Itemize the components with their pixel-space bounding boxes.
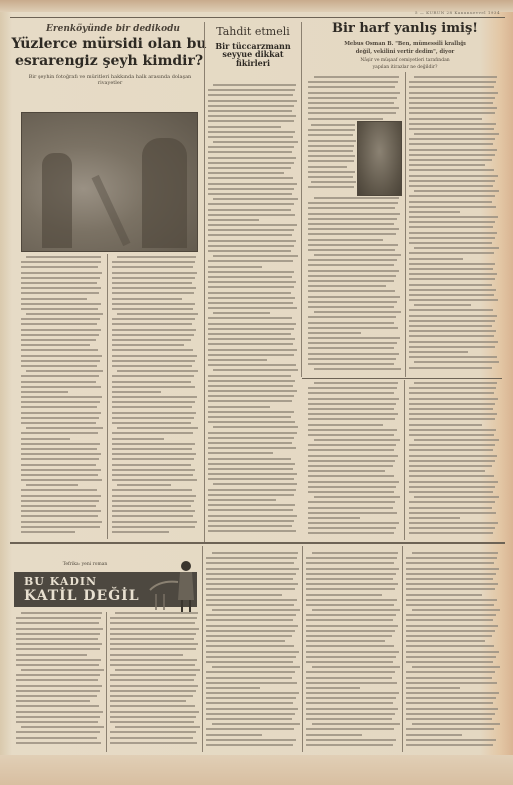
main-article-column-2 — [112, 256, 198, 540]
kadin-small-caption: Tefrika: yeni roman — [30, 562, 140, 567]
harf-subhead-line3: Nâşir ve müşaaf cemiyetleri tarafından — [305, 58, 505, 63]
continued-article-text — [409, 382, 499, 540]
continued-article-text — [308, 382, 400, 540]
tahdit-article-text — [208, 84, 298, 539]
main-headline-line2: esrarengiz şeyh kimdir? — [10, 54, 208, 69]
column-divider — [202, 546, 203, 752]
bottom-article-text — [406, 552, 500, 752]
harf-article-text — [308, 124, 356, 194]
harf-article-text — [409, 76, 499, 376]
main-kicker: Erenköyünde bir dedikodu — [18, 24, 208, 34]
harf-subhead-line2: değil, vekilini vertir dedim", diyor — [305, 49, 505, 55]
column-divider — [106, 612, 107, 752]
main-headline-line1: Yüzlerce mürsidi olan bu — [10, 37, 208, 52]
bottom-article-text — [306, 552, 400, 752]
serial-text — [110, 612, 200, 752]
harf-subhead-line4: yapılan itirazlar ne değildir? — [305, 65, 505, 70]
column-divider — [301, 22, 302, 377]
tahdit-headline: Bir tüccarzmann seyyue dikkat fikirleri — [209, 42, 297, 67]
serial-text — [16, 612, 104, 752]
column-divider — [204, 22, 205, 542]
column-divider — [402, 546, 403, 752]
illustration-figure-icon — [142, 560, 202, 615]
column-divider — [404, 380, 405, 540]
kadin-banner: BU KADIN KATİL DEĞİL — [14, 572, 197, 607]
section-rule — [10, 542, 505, 544]
newspaper-page: 5 — KURUN 28 Kanunuevvel 1934 Erenköyünd… — [0, 0, 513, 785]
harf-article-text — [308, 197, 401, 377]
page-folio: 5 — KURUN 28 Kanunuevvel 1934 — [340, 10, 500, 15]
column-divider — [107, 254, 108, 539]
harf-headline: Bir harf yanlış imiş! — [305, 22, 505, 36]
kadin-banner-line2: KATİL DEĞİL — [24, 588, 140, 604]
kadin-banner-line1: BU KADIN — [24, 575, 97, 588]
harf-article-text — [308, 76, 401, 124]
portrait-photo — [357, 121, 402, 196]
section-rule — [302, 378, 502, 379]
harf-subhead-line1: Mebus Osman B. "Ben, mümessili krallığı — [305, 41, 505, 47]
column-divider — [302, 546, 303, 752]
tahdit-kicker: Tahdit etmeli — [207, 25, 299, 38]
column-divider — [405, 72, 406, 377]
main-subhead: Bir şeyhin fotoğrafı ve müritleri hakkın… — [20, 74, 200, 86]
bottom-article-text — [206, 552, 300, 752]
main-article-column-1 — [21, 256, 103, 540]
top-rule — [10, 17, 505, 18]
main-photo — [21, 112, 198, 252]
scan-edge-bottom — [0, 755, 513, 785]
